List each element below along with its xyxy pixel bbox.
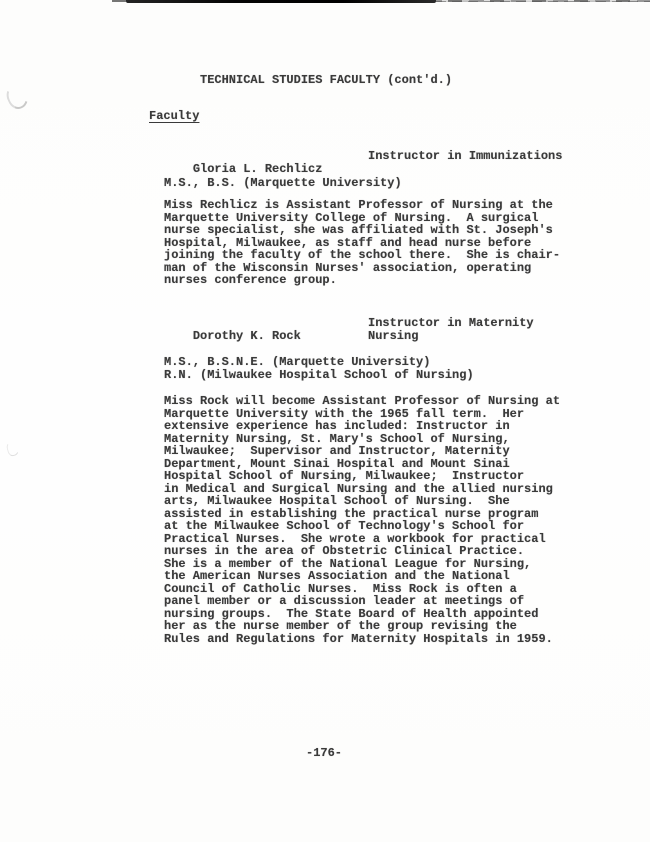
page-number: -176-	[306, 747, 342, 760]
faculty-credentials: M.S., B.S.N.E. (Marquette University) R.…	[164, 356, 474, 381]
faculty-position: Instructor in Maternity Nursing	[368, 317, 534, 342]
pencil-mark-small	[5, 440, 20, 458]
section-heading: Faculty	[149, 110, 199, 123]
faculty-bio: Miss Rock will become Assistant Professo…	[164, 395, 560, 645]
pencil-mark	[3, 81, 32, 112]
page-title: TECHNICAL STUDIES FACULTY (cont'd.)	[200, 74, 452, 87]
faculty-name: Dorothy K. Rock	[193, 329, 301, 343]
faculty-bio: Miss Rechlicz is Assistant Professor of …	[164, 199, 560, 287]
faculty-name: Gloria L. Rechlicz	[193, 162, 323, 176]
faculty-entry-header: Gloria L. Rechlicz Instructor in Immuniz…	[164, 150, 604, 200]
faculty-credentials: M.S., B.S. (Marquette University)	[164, 177, 402, 190]
scan-edge-artifact-dark	[126, 0, 436, 3]
scan-edge-artifact-faint	[436, 1, 650, 2]
document-page: TECHNICAL STUDIES FACULTY (cont'd.) Facu…	[0, 0, 650, 842]
faculty-position: Instructor in Immunizations	[368, 150, 562, 163]
